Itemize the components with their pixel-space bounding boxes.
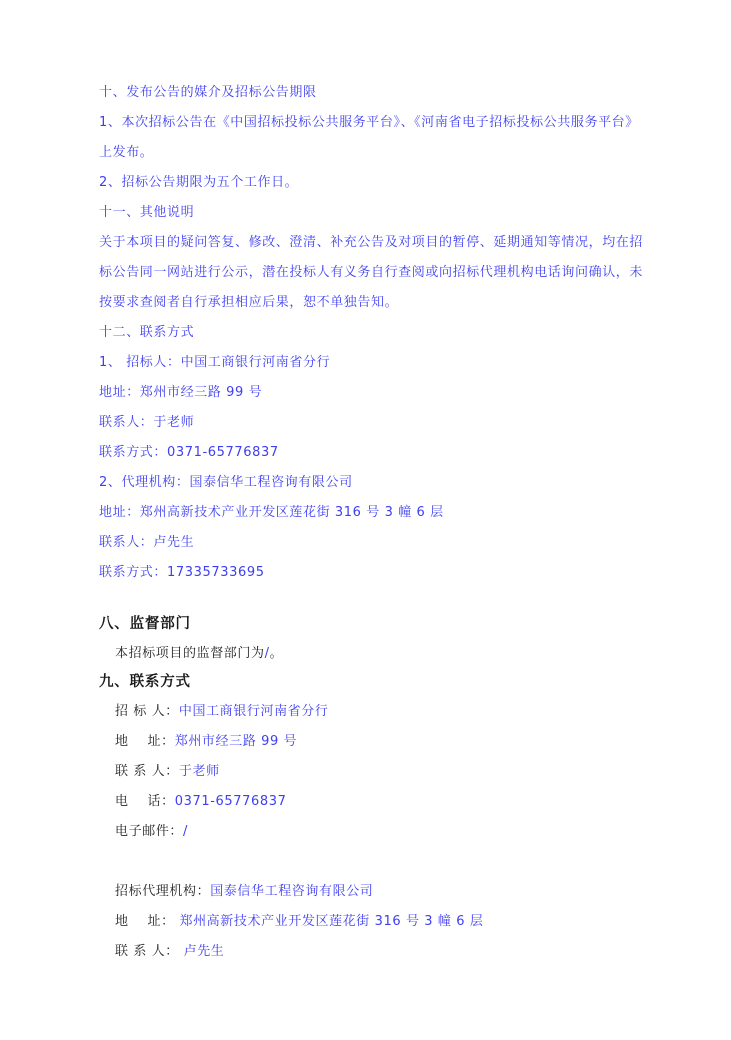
contact-row: 地 址：郑州市经三路 99 号 <box>99 727 689 757</box>
document-line: 十、发布公告的媒介及招标公告期限 <box>99 78 689 108</box>
document-line: 十二、联系方式 <box>99 318 689 348</box>
document-page: 十、发布公告的媒介及招标公告期限 1、本次招标公告在《中国招标投标公共服务平台》… <box>0 0 731 1040</box>
contact-row-value: 于老师 <box>179 764 220 779</box>
document-line: 联系方式：17335733695 <box>99 558 689 588</box>
contact-row: 招 标 人：中国工商银行河南省分行 <box>99 697 689 727</box>
contact-row-value: 郑州高新技术产业开发区莲花街 316 号 3 幢 6 层 <box>179 914 483 929</box>
supervision-heading: 八、监督部门 <box>99 610 689 639</box>
document-line: 地址：郑州市经三路 99 号 <box>99 378 689 408</box>
contact-row-label: 联 系 人： <box>115 764 179 779</box>
contact-row-value: 0371-65776837 <box>175 794 287 809</box>
document-line: 按要求查阅者自行承担相应后果，恕不单独告知。 <box>99 288 689 318</box>
contact-row: 电子邮件：/ <box>99 817 689 847</box>
document-line: 联系方式：0371-65776837 <box>99 438 689 468</box>
contact-row-label: 电子邮件： <box>115 824 183 839</box>
tenderer-contact-rows: 招 标 人：中国工商银行河南省分行 地 址：郑州市经三路 99 号 联 系 人：… <box>99 697 689 847</box>
agency-contact-rows: 招标代理机构：国泰信华工程咨询有限公司 地 址： 郑州高新技术产业开发区莲花街 … <box>99 877 689 967</box>
contact-row-label: 地 址： <box>115 734 175 749</box>
document-line: 2、招标公告期限为五个工作日。 <box>99 168 689 198</box>
contact-section: 九、联系方式 招 标 人：中国工商银行河南省分行 地 址：郑州市经三路 99 号… <box>99 668 689 967</box>
contact-row-label: 电 话： <box>115 794 175 809</box>
document-line: 标公告同一网站进行公示，潜在投标人有义务自行查阅或向招标代理机构电话询问确认，未 <box>99 258 689 288</box>
document-line: 联系人：卢先生 <box>99 528 689 558</box>
contact-row-label: 招 标 人： <box>115 704 179 719</box>
contact-row: 地 址： 郑州高新技术产业开发区莲花街 316 号 3 幢 6 层 <box>99 907 689 937</box>
supervision-section: 八、监督部门 本招标项目的监督部门为/。 <box>99 610 689 668</box>
supervision-body-line: 本招标项目的监督部门为/。 <box>99 639 689 668</box>
document-line: 地址：郑州高新技术产业开发区莲花街 316 号 3 幢 6 层 <box>99 498 689 528</box>
supervision-body-prefix: 本招标项目的监督部门为 <box>115 646 265 661</box>
announcement-top-section: 十、发布公告的媒介及招标公告期限 1、本次招标公告在《中国招标投标公共服务平台》… <box>99 78 689 588</box>
contact-row-value: 郑州市经三路 99 号 <box>175 734 297 749</box>
contact-row-value: 中国工商银行河南省分行 <box>179 704 329 719</box>
document-line: 十一、其他说明 <box>99 198 689 228</box>
contact-row: 联 系 人： 卢先生 <box>99 937 689 967</box>
document-line: 联系人：于老师 <box>99 408 689 438</box>
contact-row: 联 系 人：于老师 <box>99 757 689 787</box>
document-line: 上发布。 <box>99 138 689 168</box>
supervision-body-suffix: 。 <box>270 646 284 661</box>
document-content: 十、发布公告的媒介及招标公告期限 1、本次招标公告在《中国招标投标公共服务平台》… <box>99 78 689 967</box>
contact-heading: 九、联系方式 <box>99 668 689 697</box>
document-line: 2、代理机构：国泰信华工程咨询有限公司 <box>99 468 689 498</box>
document-line: 关于本项目的疑问答复、修改、澄清、补充公告及对项目的暂停、延期通知等情况，均在招 <box>99 228 689 258</box>
contact-row-label: 联 系 人： <box>115 944 184 959</box>
document-line: 1、本次招标公告在《中国招标投标公共服务平台》、《河南省电子招标投标公共服务平台… <box>99 108 689 138</box>
document-line: 1、 招标人：中国工商银行河南省分行 <box>99 348 689 378</box>
contact-row-value: / <box>183 824 188 839</box>
contact-row: 电 话：0371-65776837 <box>99 787 689 817</box>
contact-row: 招标代理机构：国泰信华工程咨询有限公司 <box>99 877 689 907</box>
contact-row-label: 地 址： <box>115 914 179 929</box>
contact-row-value: 卢先生 <box>184 944 225 959</box>
contact-row-value: 国泰信华工程咨询有限公司 <box>210 884 373 899</box>
contact-row-label: 招标代理机构： <box>115 884 210 899</box>
